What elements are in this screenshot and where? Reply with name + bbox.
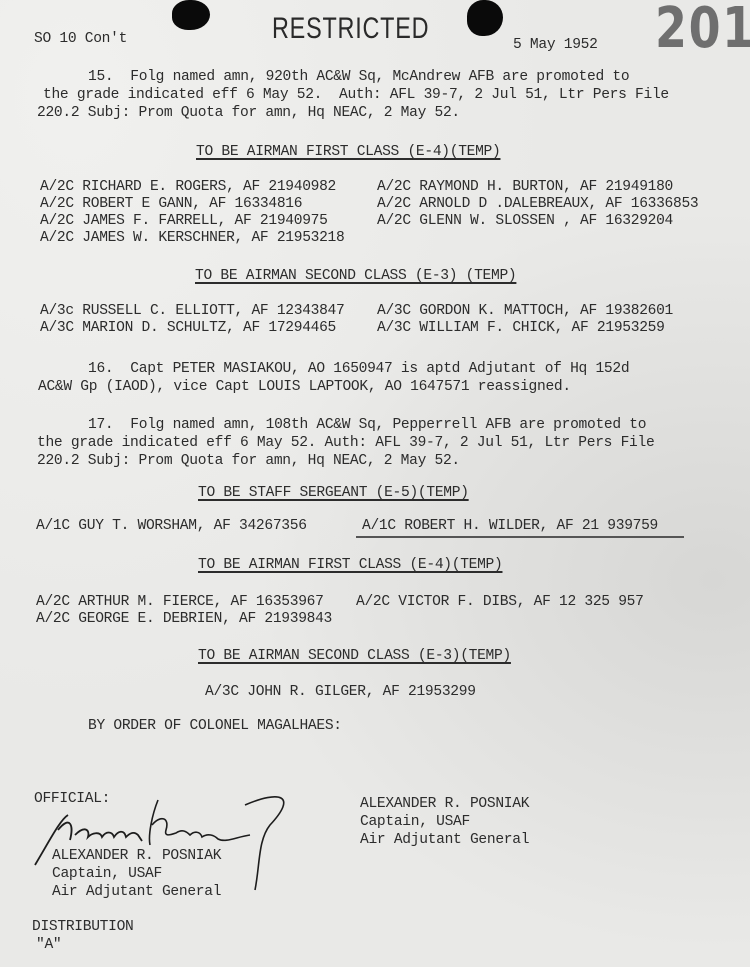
heading-airman-first-class-2: TO BE AIRMAN FIRST CLASS (E-4)(TEMP): [198, 556, 502, 574]
heading-staff-sergeant: TO BE STAFF SERGEANT (E-5)(TEMP): [198, 484, 469, 502]
para15-line-2: the grade indicated eff 6 May 52. Auth: …: [43, 86, 669, 104]
para15-line-1: 15. Folg named amn, 920th AC&W Sq, McAnd…: [88, 68, 629, 86]
promotion-entry: A/2C GEORGE E. DEBRIEN, AF 21939843: [36, 610, 332, 628]
distribution-value: "A": [36, 936, 61, 954]
para17-line-3: 220.2 Subj: Prom Quota for amn, Hq NEAC,…: [37, 452, 460, 470]
document-page: SO 10 Con't RESTRICTED 5 May 1952 201 15…: [0, 0, 750, 967]
punch-hole-right: [467, 0, 503, 36]
promotion-entry: A/1C GUY T. WORSHAM, AF 34267356: [36, 517, 307, 535]
promotion-entry: A/1C ROBERT H. WILDER, AF 21 939759: [362, 517, 658, 535]
by-order-line: BY ORDER OF COLONEL MAGALHAES:: [88, 717, 342, 735]
heading-airman-second-class-1: TO BE AIRMAN SECOND CLASS (E-3) (TEMP): [195, 267, 516, 285]
punch-hole-left: [172, 0, 210, 30]
file-201-stamp: 201: [655, 0, 750, 61]
promotion-entry: A/3C WILLIAM F. CHICK, AF 21953259: [377, 319, 665, 337]
promotion-entry: A/2C RAYMOND H. BURTON, AF 21949180: [377, 178, 673, 196]
heading-airman-first-class-1: TO BE AIRMAN FIRST CLASS (E-4)(TEMP): [196, 143, 500, 161]
promotion-entry: A/2C RICHARD E. ROGERS, AF 21940982: [40, 178, 336, 196]
promotion-entry: A/2C VICTOR F. DIBS, AF 12 325 957: [356, 593, 644, 611]
document-date: 5 May 1952: [513, 36, 598, 54]
underline-mark: [356, 536, 684, 538]
left-signature-name: ALEXANDER R. POSNIAK: [52, 847, 221, 865]
heading-airman-second-class-2: TO BE AIRMAN SECOND CLASS (E-3)(TEMP): [198, 647, 511, 665]
order-reference: SO 10 Con't: [34, 30, 127, 48]
para17-line-2: the grade indicated eff 6 May 52. Auth: …: [37, 434, 654, 452]
promotion-entry: A/2C ARTHUR M. FIERCE, AF 16353967: [36, 593, 324, 611]
para17-line-1: 17. Folg named amn, 108th AC&W Sq, Peppe…: [88, 416, 646, 434]
left-signature-title: Air Adjutant General: [52, 883, 221, 901]
restricted-stamp: RESTRICTED: [272, 12, 429, 46]
promotion-entry: A/3C GORDON K. MATTOCH, AF 19382601: [377, 302, 673, 320]
promotion-entry: A/2C JAMES F. FARRELL, AF 21940975: [40, 212, 328, 230]
promotion-entry: A/2C ROBERT E GANN, AF 16334816: [40, 195, 302, 213]
right-signature-name: ALEXANDER R. POSNIAK: [360, 795, 529, 813]
promotion-entry: A/2C JAMES W. KERSCHNER, AF 21953218: [40, 229, 344, 247]
right-signature-title: Air Adjutant General: [360, 831, 529, 849]
distribution-label: DISTRIBUTION: [32, 918, 134, 936]
para16-line-1: 16. Capt PETER MASIAKOU, AO 1650947 is a…: [88, 360, 629, 378]
promotion-entry: A/2C GLENN W. SLOSSEN , AF 16329204: [377, 212, 673, 230]
promotion-entry: A/3C MARION D. SCHULTZ, AF 17294465: [40, 319, 336, 337]
para16-line-2: AC&W Gp (IAOD), vice Capt LOUIS LAPTOOK,…: [38, 378, 571, 396]
promotion-entry: A/3C JOHN R. GILGER, AF 21953299: [205, 683, 476, 701]
promotion-entry: A/2C ARNOLD D .DALEBREAUX, AF 16336853: [377, 195, 698, 213]
right-signature-rank: Captain, USAF: [360, 813, 470, 831]
promotion-entry: A/3c RUSSELL C. ELLIOTT, AF 12343847: [40, 302, 344, 320]
para15-line-3: 220.2 Subj: Prom Quota for amn, Hq NEAC,…: [37, 104, 460, 122]
left-signature-rank: Captain, USAF: [52, 865, 162, 883]
